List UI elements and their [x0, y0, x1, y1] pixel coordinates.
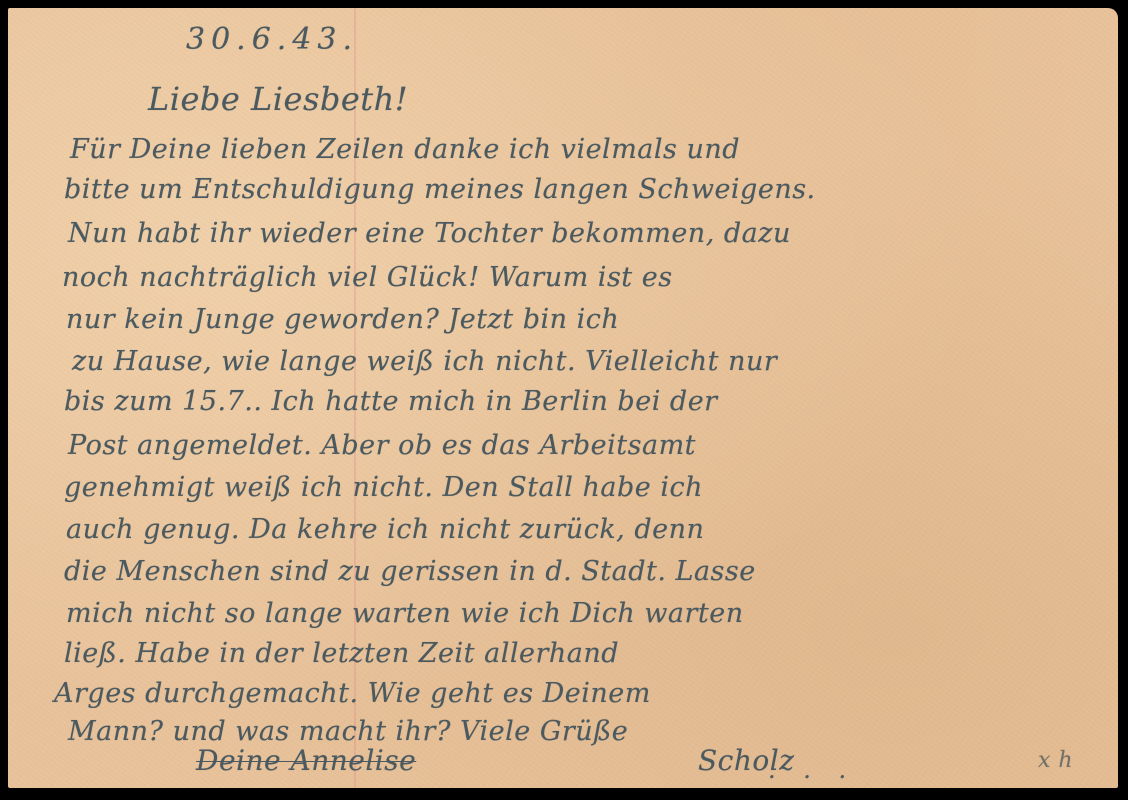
letter-line: Für Deine lieben Zeilen danke ich vielma…: [70, 134, 740, 165]
letter-line: mich nicht so lange warten wie ich Dich …: [66, 598, 744, 629]
letter-line: ließ. Habe in der letzten Zeit allerhand: [64, 638, 619, 669]
letter-line: bitte um Entschuldigung meines langen Sc…: [64, 174, 816, 205]
letter-line: Arges durchgemacht. Wie geht es Deinem: [54, 678, 651, 709]
postcard: 30.6.43. Liebe Liesbeth! Für Deine liebe…: [8, 8, 1118, 788]
letter-line: Nun habt ihr wieder eine Tochter bekomme…: [68, 218, 791, 249]
letter-line: bis zum 15.7.. Ich hatte mich in Berlin …: [64, 386, 718, 417]
letter-line: auch genug. Da kehre ich nicht zurück, d…: [66, 514, 704, 545]
corner-pencil-mark: x h: [1038, 748, 1073, 773]
closing-dots: . . .: [768, 756, 856, 784]
letter-line: zu Hause, wie lange weiß ich nicht. Viel…: [72, 346, 777, 377]
letter-line: Post angemeldet. Aber ob es das Arbeitsa…: [68, 430, 696, 461]
letter-line: genehmigt weiß ich nicht. Den Stall habe…: [64, 472, 703, 503]
letter-date: 30.6.43.: [186, 22, 358, 57]
letter-line: die Menschen sind zu gerissen in d. Stad…: [64, 556, 756, 587]
letter-line: nur kein Junge geworden? Jetzt bin ich: [66, 304, 619, 335]
letter-line: Mann? und was macht ihr? Viele Grüße: [68, 716, 628, 747]
letter-salutation: Liebe Liesbeth!: [148, 80, 408, 118]
letter-line: noch nachträglich viel Glück! Warum ist …: [62, 262, 673, 293]
letter-signature: Deine Annelise: [196, 744, 416, 777]
